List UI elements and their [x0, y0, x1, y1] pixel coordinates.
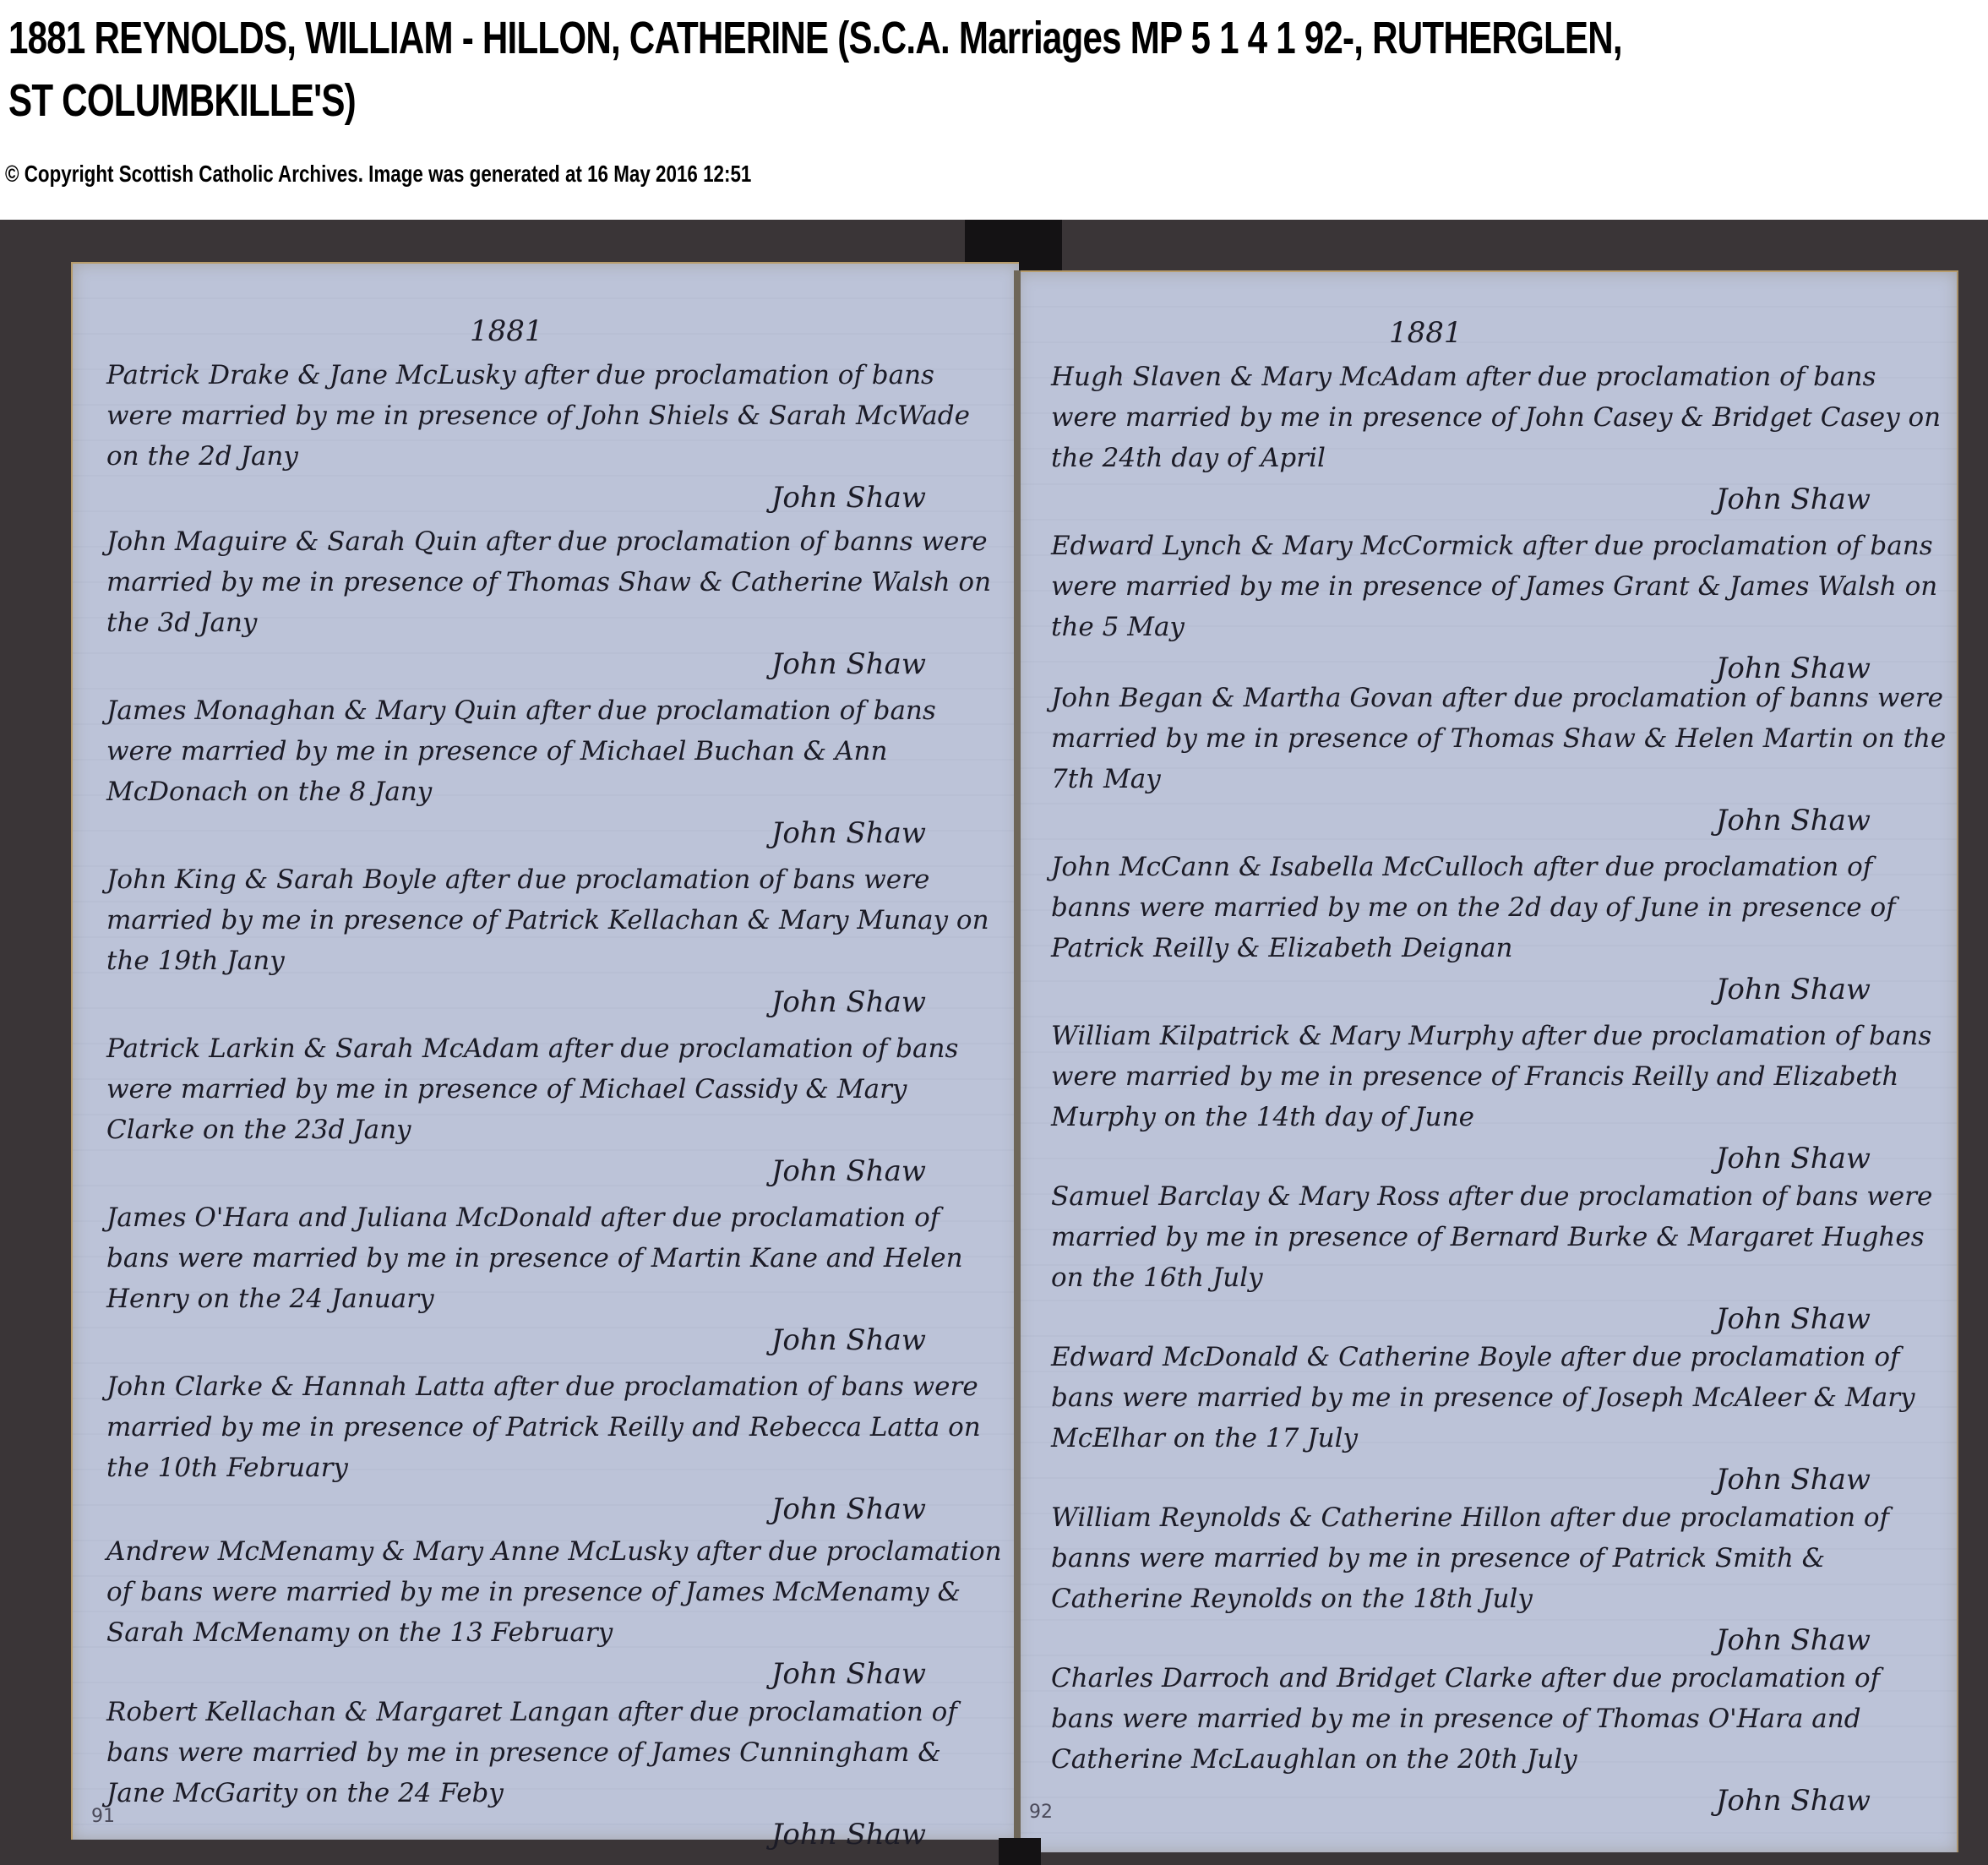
- priest-signature: John Shaw: [106, 643, 1002, 685]
- marriage-entry: Edward Lynch & Mary McCormick after due …: [1051, 526, 1947, 690]
- entry-text: John Clarke & Hannah Latta after due pro…: [106, 1366, 1002, 1488]
- priest-signature: John Shaw: [106, 1319, 1002, 1361]
- priest-signature: John Shaw: [106, 477, 1002, 519]
- priest-signature: John Shaw: [1051, 1137, 1947, 1180]
- entry-text: Charles Darroch and Bridget Clarke after…: [1051, 1658, 1947, 1780]
- left-page: 1881 Patrick Drake & Jane McLusky after …: [71, 262, 1019, 1840]
- page-number: 91: [91, 1806, 115, 1827]
- entry-text: James O'Hara and Juliana McDonald after …: [106, 1197, 1002, 1319]
- entry-text: Patrick Drake & Jane McLusky after due p…: [106, 355, 1002, 477]
- right-page: 1881 Hugh Slaven & Mary McAdam after due…: [1017, 270, 1958, 1852]
- entry-text: Samuel Barclay & Mary Ross after due pro…: [1051, 1176, 1947, 1298]
- entry-text: Edward McDonald & Catherine Boyle after …: [1051, 1337, 1947, 1459]
- copyright-notice: © Copyright Scottish Catholic Archives. …: [5, 161, 751, 188]
- header: 1881 REYNOLDS, WILLIAM - HILLON, CATHERI…: [8, 7, 1977, 132]
- marriage-entry: John King & Sarah Boyle after due procla…: [106, 859, 1002, 1023]
- priest-signature: John Shaw: [106, 1813, 1002, 1856]
- register-scan: 1881 Patrick Drake & Jane McLusky after …: [0, 220, 1988, 1865]
- marriage-entry: James O'Hara and Juliana McDonald after …: [106, 1197, 1002, 1361]
- entry-text: Hugh Slaven & Mary McAdam after due proc…: [1051, 357, 1947, 478]
- entry-text: William Reynolds & Catherine Hillon afte…: [1051, 1497, 1947, 1619]
- marriage-entry-reynolds-hillon: William Reynolds & Catherine Hillon afte…: [1051, 1497, 1947, 1661]
- page-year: 1881: [1389, 316, 1462, 350]
- priest-signature: John Shaw: [1051, 478, 1947, 521]
- entry-text: Robert Kellachan & Margaret Langan after…: [106, 1692, 1002, 1813]
- marriage-entry: James Monaghan & Mary Quin after due pro…: [106, 690, 1002, 854]
- entry-text: Edward Lynch & Mary McCormick after due …: [1051, 526, 1947, 647]
- marriage-entry: Edward McDonald & Catherine Boyle after …: [1051, 1337, 1947, 1501]
- marriage-entry: John McCann & Isabella McCulloch after d…: [1051, 847, 1947, 1011]
- entry-text: John McCann & Isabella McCulloch after d…: [1051, 847, 1947, 968]
- priest-signature: John Shaw: [1051, 1780, 1947, 1822]
- priest-signature: John Shaw: [1051, 799, 1947, 842]
- priest-signature: John Shaw: [1051, 1298, 1947, 1340]
- priest-signature: John Shaw: [1051, 1459, 1947, 1501]
- entry-text: John King & Sarah Boyle after due procla…: [106, 859, 1002, 981]
- entry-text: Patrick Larkin & Sarah McAdam after due …: [106, 1028, 1002, 1150]
- priest-signature: John Shaw: [106, 981, 1002, 1023]
- marriage-entry: Robert Kellachan & Margaret Langan after…: [106, 1692, 1002, 1856]
- entry-text: William Kilpatrick & Mary Murphy after d…: [1051, 1016, 1947, 1137]
- marriage-entry: John Maguire & Sarah Quin after due proc…: [106, 521, 1002, 685]
- priest-signature: John Shaw: [106, 1150, 1002, 1192]
- priest-signature: John Shaw: [106, 1488, 1002, 1530]
- record-title: 1881 REYNOLDS, WILLIAM - HILLON, CATHERI…: [8, 7, 1656, 132]
- page-gutter: [1014, 270, 1021, 1851]
- page-year: 1881: [470, 314, 543, 348]
- marriage-entry: John Clarke & Hannah Latta after due pro…: [106, 1366, 1002, 1530]
- marriage-entry: William Kilpatrick & Mary Murphy after d…: [1051, 1016, 1947, 1180]
- priest-signature: John Shaw: [106, 1653, 1002, 1695]
- page-number: 92: [1029, 1802, 1053, 1823]
- priest-signature: John Shaw: [106, 812, 1002, 854]
- marriage-entry: Patrick Larkin & Sarah McAdam after due …: [106, 1028, 1002, 1192]
- marriage-entry: John Began & Martha Govan after due proc…: [1051, 678, 1947, 842]
- marriage-entry: Patrick Drake & Jane McLusky after due p…: [106, 355, 1002, 519]
- marriage-entry: Samuel Barclay & Mary Ross after due pro…: [1051, 1176, 1947, 1340]
- book-spine-bottom: [999, 1838, 1041, 1865]
- marriage-entry: Andrew McMenamy & Mary Anne McLusky afte…: [106, 1531, 1002, 1695]
- entry-text: John Maguire & Sarah Quin after due proc…: [106, 521, 1002, 643]
- marriage-entry: Charles Darroch and Bridget Clarke after…: [1051, 1658, 1947, 1822]
- entry-text: Andrew McMenamy & Mary Anne McLusky afte…: [106, 1531, 1002, 1653]
- priest-signature: John Shaw: [1051, 968, 1947, 1011]
- entry-text: James Monaghan & Mary Quin after due pro…: [106, 690, 1002, 812]
- entry-text: John Began & Martha Govan after due proc…: [1051, 678, 1947, 799]
- marriage-entry: Hugh Slaven & Mary McAdam after due proc…: [1051, 357, 1947, 521]
- priest-signature: John Shaw: [1051, 1619, 1947, 1661]
